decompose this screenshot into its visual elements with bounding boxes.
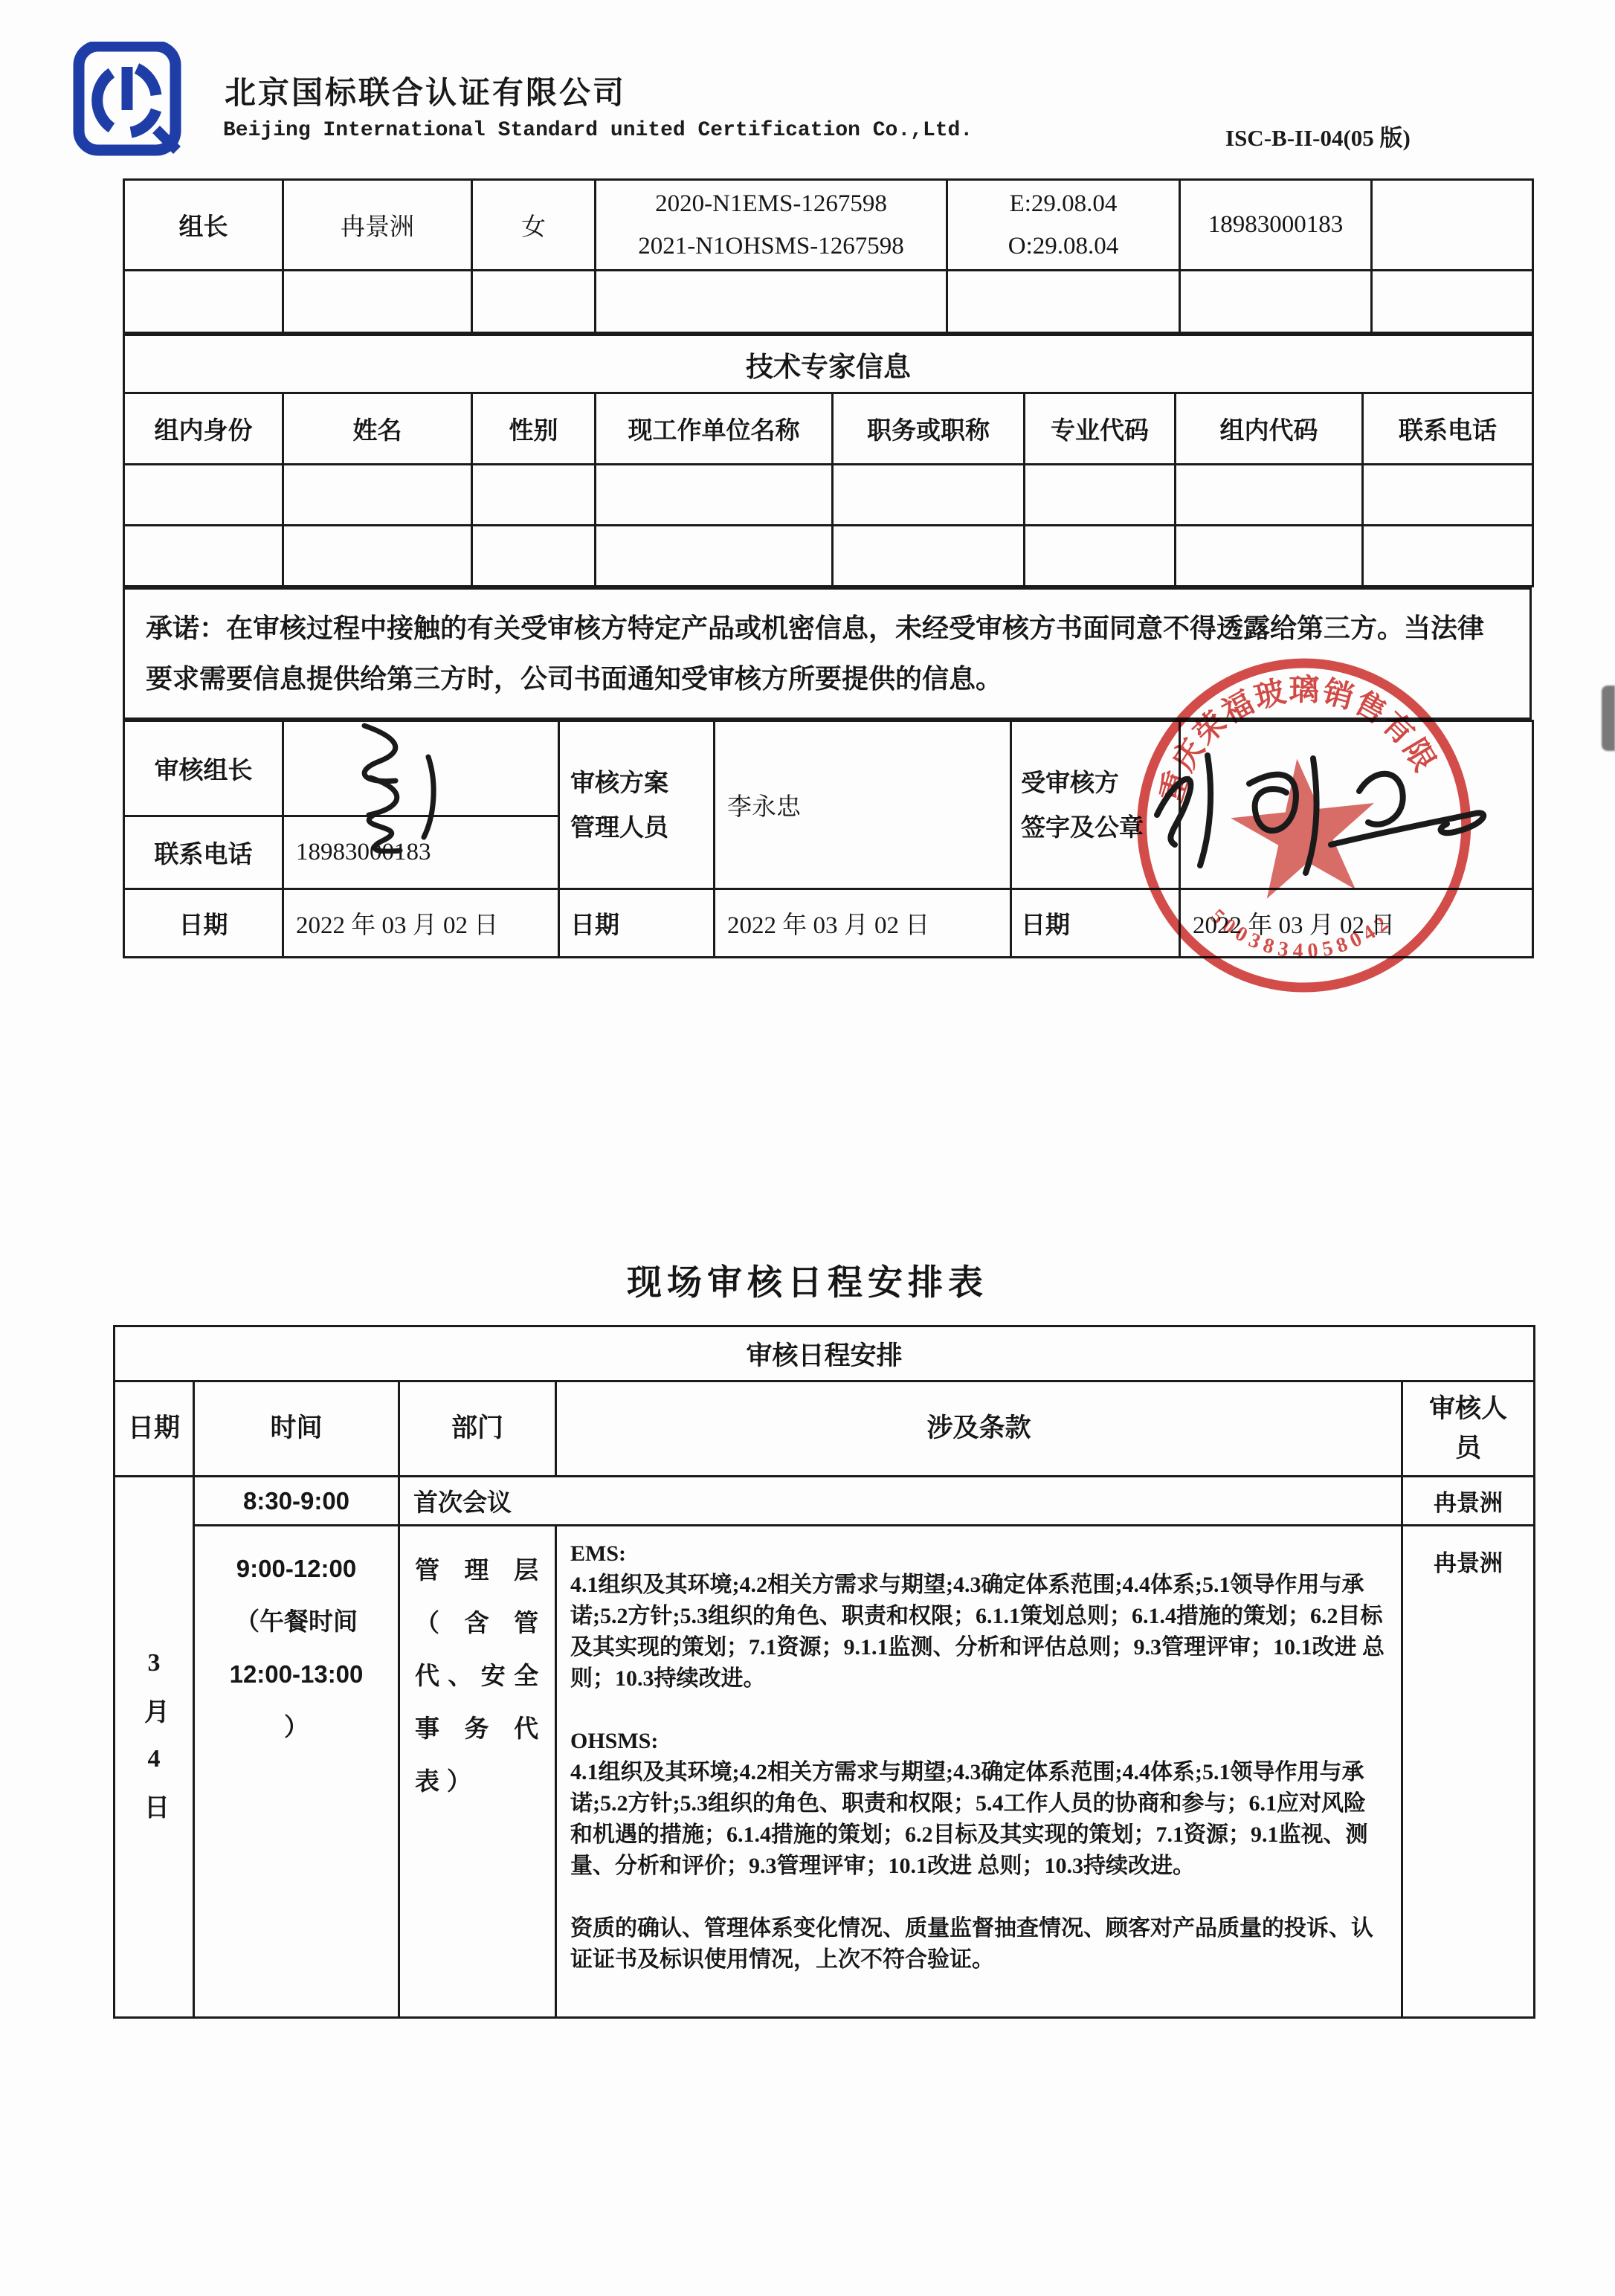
table-row: 组长 冉景洲 女 2020-N1EMS-1267598 2021-N1OHSMS… [124,180,1533,271]
col-header-time: 时间 [194,1381,399,1477]
expert-info-table: 技术专家信息 组内身份 姓名 性别 现工作单位名称 职务或职称 专业代码 组内代… [123,334,1534,587]
date-value-2: 2022 年 03 月 02 日 [715,889,1011,958]
col-header-clauses: 涉及条款 [556,1381,1402,1477]
table-header-row: 日期 时间 部门 涉及条款 审核人员 [115,1381,1535,1477]
leader-gender: 女 [472,180,596,271]
isc-logo-icon [73,42,184,158]
col-header-phone: 联系电话 [1363,393,1533,465]
auditee-handwritten-signature [1136,720,1515,898]
table-header-row: 组内身份 姓名 性别 现工作单位名称 职务或职称 专业代码 组内代码 联系电话 [124,393,1533,465]
schedule-row2-clauses: EMS: 4.1组织及其环境;4.2相关方需求与期望;4.3确定体系范围;4.4… [556,1526,1402,2018]
col-header-role: 组内身份 [124,393,283,465]
col-header-auditor: 审核人员 [1402,1381,1535,1477]
company-name-en: Beijing International Standard united Ce… [223,119,973,142]
program-manager-label: 审核方案 管理人员 [559,721,715,889]
program-manager-name: 李永忠 [715,721,1011,889]
col-header-gender: 性别 [472,393,596,465]
table-row [124,465,1533,526]
leader-name: 冉景洲 [283,180,472,271]
audit-schedule-section: 审核日程安排 日期 时间 部门 涉及条款 审核人员 3月4日 8:30-9:00… [113,1325,1533,2019]
col-header-name: 姓名 [283,393,472,465]
col-header-speccode: 专业代码 [1025,393,1176,465]
team-leader-table: 组长 冉景洲 女 2020-N1EMS-1267598 2021-N1OHSMS… [123,178,1534,334]
col-header-employer: 现工作单位名称 [596,393,833,465]
col-header-teamcode: 组内代码 [1176,393,1363,465]
expert-table-title: 技术专家信息 [124,335,1533,393]
empty-cell [1372,180,1533,271]
leader-phone: 18983000183 [1180,180,1372,271]
schedule-row1-dept: 首次会议 [399,1477,1402,1526]
col-header-title: 职务或职称 [833,393,1025,465]
date-label-1: 日期 [124,889,283,958]
table-row: 审核日程安排 [115,1326,1535,1381]
col-header-date: 日期 [115,1381,194,1477]
schedule-date-cell: 3月4日 [115,1477,194,2018]
schedule-table: 审核日程安排 日期 时间 部门 涉及条款 审核人员 3月4日 8:30-9:00… [113,1325,1535,2019]
col-header-dept: 部门 [399,1381,556,1477]
document-code: ISC-B-II-04(05 版) [1225,119,1411,152]
table-row: 9:00-12:00 （午餐时间 12:00-13:00 ） 管理层（含管代、安… [115,1526,1535,2018]
contact-phone-label: 联系电话 [124,816,283,889]
schedule-date-text: 3月4日 [136,1649,173,1841]
company-name-cn: 北京国标联合认证有限公司 [225,68,626,113]
audit-leader-label: 审核组长 [124,721,283,816]
date-value-1: 2022 年 03 月 02 日 [283,889,559,958]
table-row: 3月4日 8:30-9:00 首次会议 冉景洲 [115,1477,1535,1526]
schedule-row1-time: 8:30-9:00 [194,1477,399,1526]
scan-artifact [1602,686,1615,751]
leader-cert-expiry: E:29.08.04 O:29.08.04 [947,180,1180,271]
schedule-row1-auditor: 冉景洲 [1402,1477,1535,1526]
date-label-2: 日期 [559,889,715,958]
schedule-table-title: 审核日程安排 [115,1326,1535,1381]
schedule-row2-time: 9:00-12:00 （午餐时间 12:00-13:00 ） [194,1526,399,2018]
scanned-audit-document: 北京国标联合认证有限公司 Beijing International Stand… [0,0,1615,2296]
leader-cert-numbers: 2020-N1EMS-1267598 2021-N1OHSMS-1267598 [596,180,947,271]
leader-role-label: 组长 [124,180,283,271]
table-row [124,271,1533,333]
leader-handwritten-signature [296,712,512,854]
stamp-number-text: 5003834058042 [1205,887,1400,973]
schedule-page-title: 现场审核日程安排表 [0,1255,1615,1305]
table-row: 技术专家信息 [124,335,1533,393]
schedule-row2-auditor: 冉景洲 [1402,1526,1535,2018]
svg-text:5003834058042: 5003834058042 [1205,887,1400,973]
table-row [124,526,1533,587]
schedule-row2-dept: 管理层（含管代、安全事务代表） [399,1526,556,2018]
